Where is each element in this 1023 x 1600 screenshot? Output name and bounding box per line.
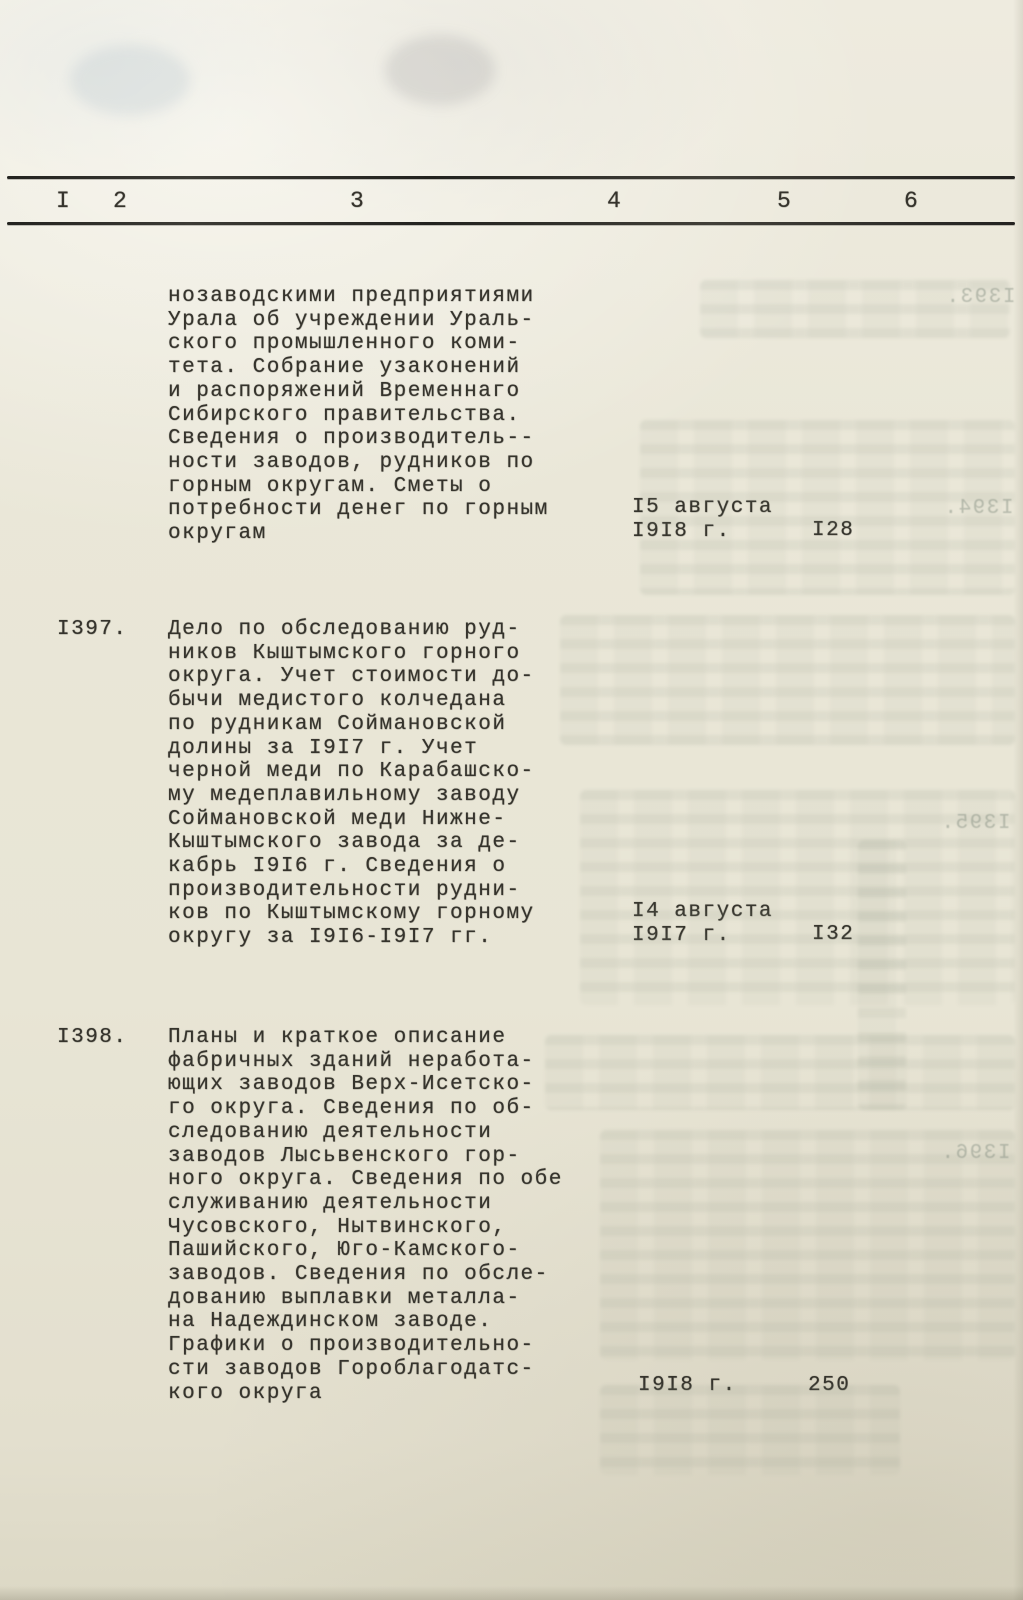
table-rule-bottom xyxy=(7,222,1015,225)
entry-description: Дело по обследованию руд- ников Кыштымск… xyxy=(168,618,578,950)
ghost-text-block xyxy=(600,1130,1015,1360)
column-header-6: 6 xyxy=(904,190,918,214)
column-header-5: 5 xyxy=(777,190,791,214)
entry-number: I398. xyxy=(57,1026,128,1050)
entry-number: I397. xyxy=(57,618,128,642)
entry-description: нозаводскими предприятиями Урала об учре… xyxy=(168,285,568,546)
ghost-text-block xyxy=(580,790,1015,1005)
column-header-2: 2 xyxy=(113,190,127,214)
column-header-4: 4 xyxy=(607,190,621,214)
ghost-text-block xyxy=(700,280,1010,338)
ghost-text-block xyxy=(600,1385,900,1475)
ghost-text-block xyxy=(560,615,1015,745)
column-header-1: I xyxy=(56,190,70,214)
table-rule-top xyxy=(7,176,1015,179)
column-header-3: 3 xyxy=(350,190,364,214)
ghost-text-block xyxy=(640,420,1015,595)
ghost-text-block xyxy=(545,1035,1015,1110)
entry-description: Планы и краткое описание фабричных здани… xyxy=(168,1026,588,1405)
pencil-smudge-top-center xyxy=(385,35,495,105)
pencil-smudge-top-left xyxy=(70,45,190,115)
